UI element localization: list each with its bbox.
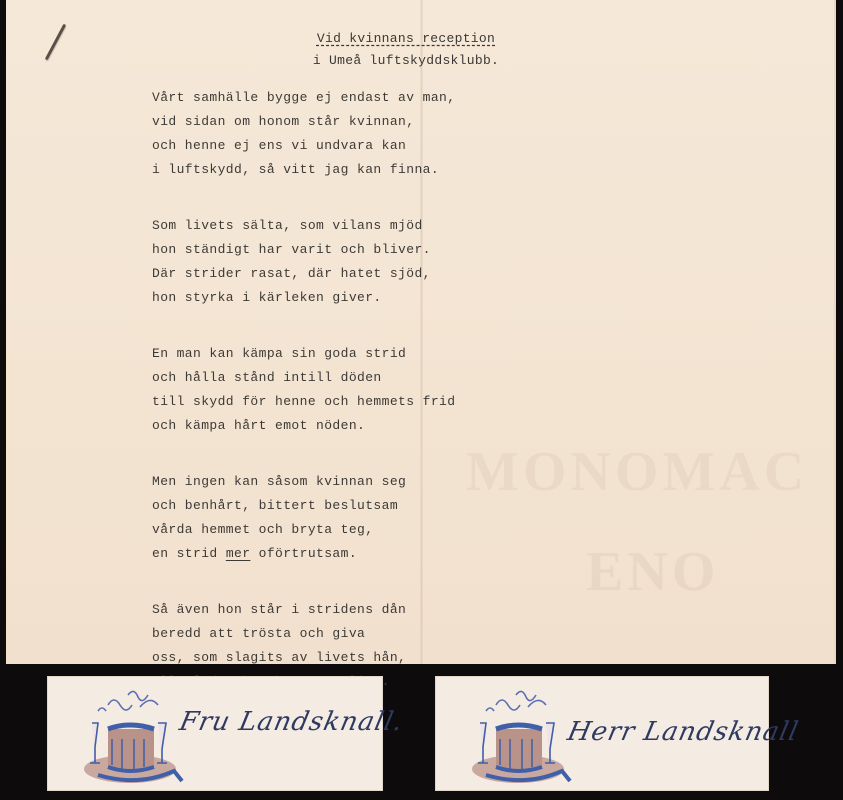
poem-line: en strid mer oförtrutsam. bbox=[152, 542, 455, 566]
typewritten-poem-page: MONOMAC ENO Vid kvinnans reception i Ume… bbox=[6, 0, 836, 664]
bleed-through-text: ENO bbox=[586, 540, 719, 604]
poem-line: Där strider rasat, där hatet sjöd, bbox=[152, 262, 455, 286]
underlined-word: mer bbox=[226, 546, 251, 561]
steaming-bucket-with-glasses-icon bbox=[78, 683, 188, 787]
poem-line: i luftskydd, så vitt jag kan finna. bbox=[152, 158, 455, 182]
poem-line: Så även hon står i stridens dån bbox=[152, 598, 455, 622]
poem-line: oss, som slagits av livets hån, bbox=[152, 646, 455, 670]
poem-body: Vårt samhälle bygge ej endast av man, vi… bbox=[152, 86, 455, 726]
poem-line: beredd att trösta och giva bbox=[152, 622, 455, 646]
place-card-fru: Fru Landsknall. bbox=[48, 677, 382, 790]
bleed-through-text: MONOMAC bbox=[466, 440, 808, 504]
stanza-4: Men ingen kan såsom kvinnan seg och benh… bbox=[152, 470, 455, 566]
stanza-3: En man kan kämpa sin goda strid och håll… bbox=[152, 342, 455, 438]
poem-line: och kämpa hårt emot nöden. bbox=[152, 414, 455, 438]
poem-line: och henne ej ens vi undvara kan bbox=[152, 134, 455, 158]
poem-title: Vid kvinnans reception bbox=[6, 31, 806, 46]
poem-line: Men ingen kan såsom kvinnan seg bbox=[152, 470, 455, 494]
poem-line-part: en strid bbox=[152, 546, 226, 561]
poem-line: Vårt samhälle bygge ej endast av man, bbox=[152, 86, 455, 110]
poem-line: till skydd för henne och hemmets frid bbox=[152, 390, 455, 414]
poem-line: vårda hemmet och bryta teg, bbox=[152, 518, 455, 542]
poem-line: och benhårt, bittert beslutsam bbox=[152, 494, 455, 518]
poem-line-part: oförtrutsam. bbox=[250, 546, 357, 561]
poem-line: och hålla stånd intill döden bbox=[152, 366, 455, 390]
place-card-name: Herr Landsknall bbox=[565, 717, 802, 747]
steaming-bucket-with-glasses-icon bbox=[466, 683, 576, 787]
poem-subtitle: i Umeå luftskyddsklubb. bbox=[6, 53, 806, 68]
poem-line: En man kan kämpa sin goda strid bbox=[152, 342, 455, 366]
place-card-name: Fru Landsknall. bbox=[177, 707, 406, 737]
place-card-herr: Herr Landsknall bbox=[436, 677, 768, 790]
poem-line: hon ständigt har varit och bliver. bbox=[152, 238, 455, 262]
stanza-2: Som livets sälta, som vilans mjöd hon st… bbox=[152, 214, 455, 310]
poem-line: hon styrka i kärleken giver. bbox=[152, 286, 455, 310]
poem-line: vid sidan om honom står kvinnan, bbox=[152, 110, 455, 134]
stanza-1: Vårt samhälle bygge ej endast av man, vi… bbox=[152, 86, 455, 182]
poem-line: Som livets sälta, som vilans mjöd bbox=[152, 214, 455, 238]
